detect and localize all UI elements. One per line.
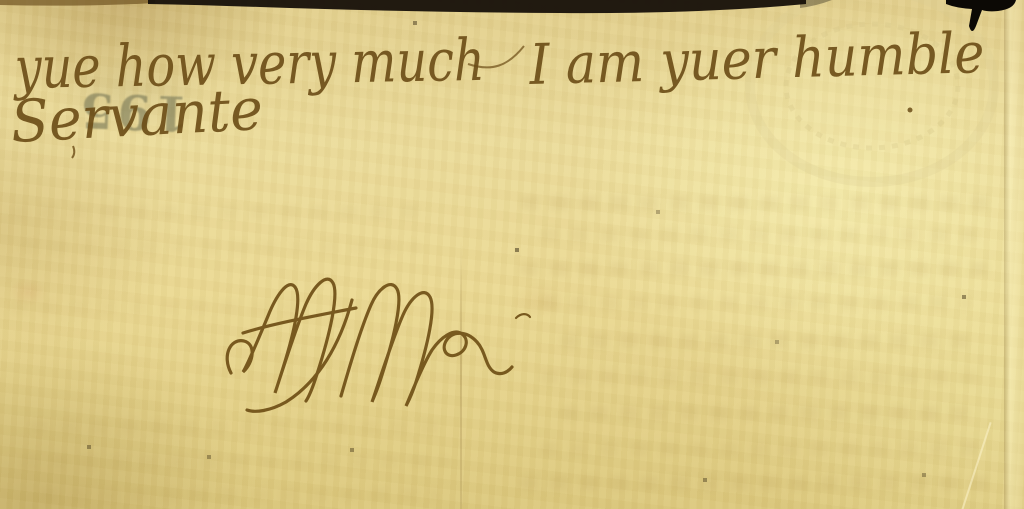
manuscript-ink-layer: 195 yue how very much I am yuer humble S… (0, 0, 1024, 509)
manuscript-photo: 195 yue how very much I am yuer humble S… (0, 0, 1024, 509)
handwriting-line1-right: I am yuer humble (528, 21, 985, 98)
signature: Anne (227, 279, 530, 411)
handwriting-line2: Servante (9, 75, 264, 156)
ink-dot (908, 108, 913, 113)
